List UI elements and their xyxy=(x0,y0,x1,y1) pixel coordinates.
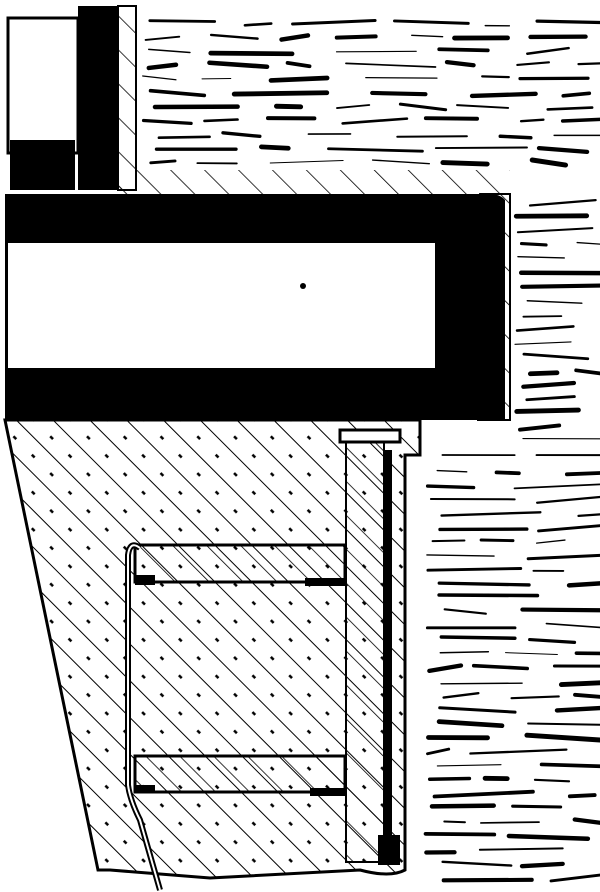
cross-section-drawing xyxy=(0,0,600,892)
vertical-rod xyxy=(384,450,392,865)
channel xyxy=(5,194,510,420)
upper-hatched-band xyxy=(118,170,510,194)
vertical-slot xyxy=(340,430,400,865)
top-left-block xyxy=(8,6,136,190)
channel-void xyxy=(8,243,435,368)
